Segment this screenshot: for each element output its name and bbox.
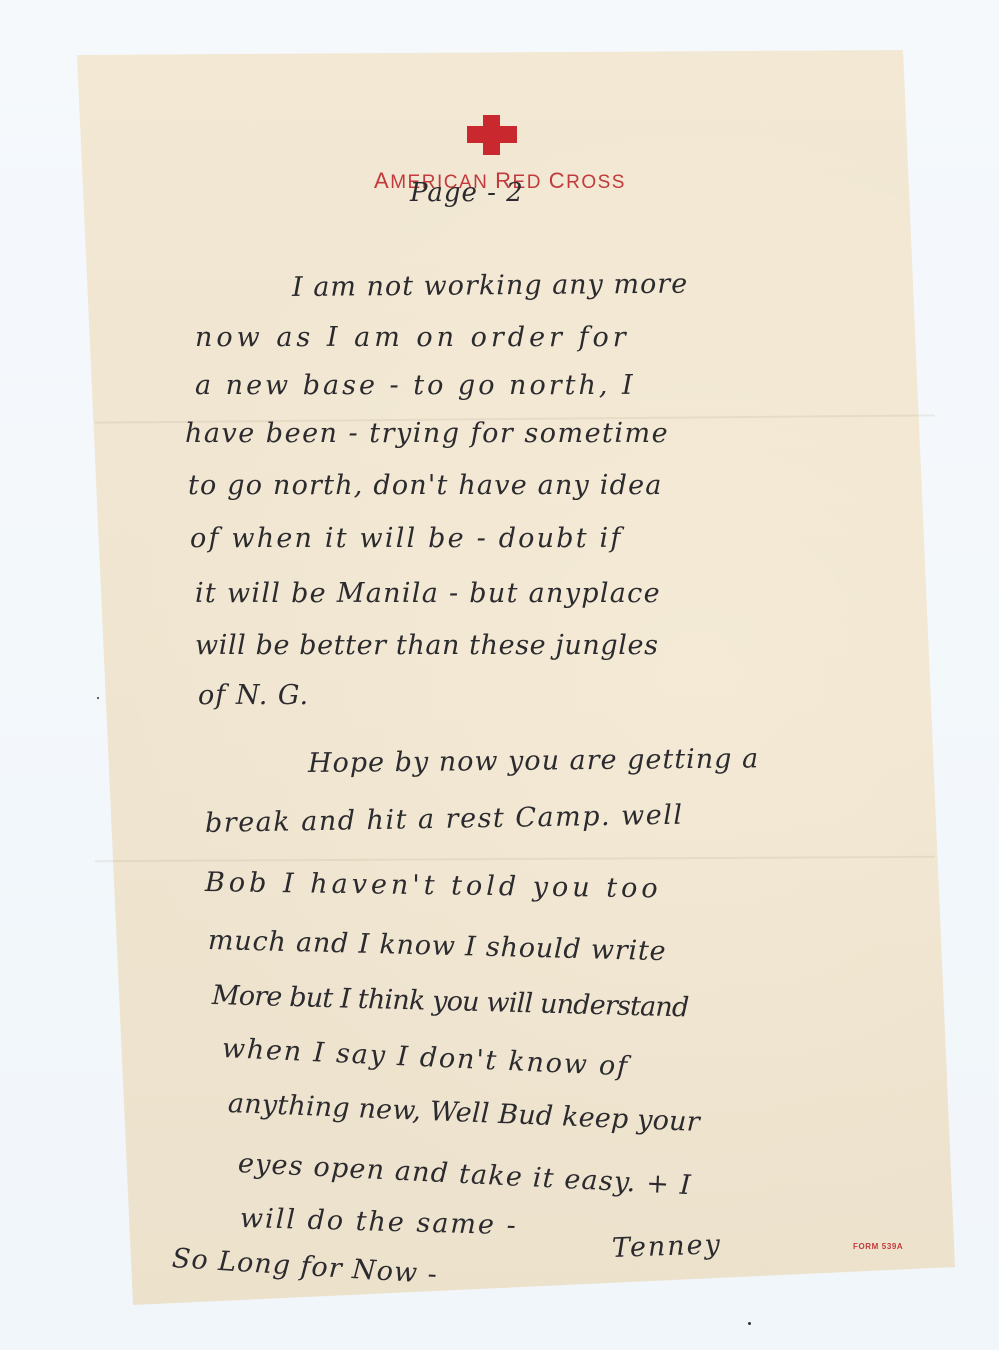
scan-speck <box>97 697 99 699</box>
letter-line: Bob I haven't told you too <box>205 867 662 904</box>
scan-speck <box>748 1322 751 1325</box>
page-label: Page - 2 <box>410 178 524 208</box>
letter-line: it will be Manila - but anyplace <box>195 578 661 609</box>
letter-line: now as I am on order for <box>195 322 630 353</box>
letter-line: have been - trying for sometime <box>185 418 669 449</box>
letter-line: of when it will be - doubt if <box>190 523 623 554</box>
letter-line: a new base - to go north, I <box>195 370 636 401</box>
red-cross-horizontal-bar <box>467 126 517 143</box>
letter-line: to go north, don't have any idea <box>188 470 663 501</box>
letter-line: I am not working any more <box>292 269 688 303</box>
red-cross-icon <box>467 115 517 155</box>
signature: Tenney <box>611 1229 722 1264</box>
form-number: FORM 539A <box>853 1242 903 1251</box>
letter-line: of N. G. <box>198 680 309 711</box>
letter-line: will be better than these jungles <box>195 630 659 661</box>
letter-line: Hope by now you are getting a <box>308 743 759 779</box>
